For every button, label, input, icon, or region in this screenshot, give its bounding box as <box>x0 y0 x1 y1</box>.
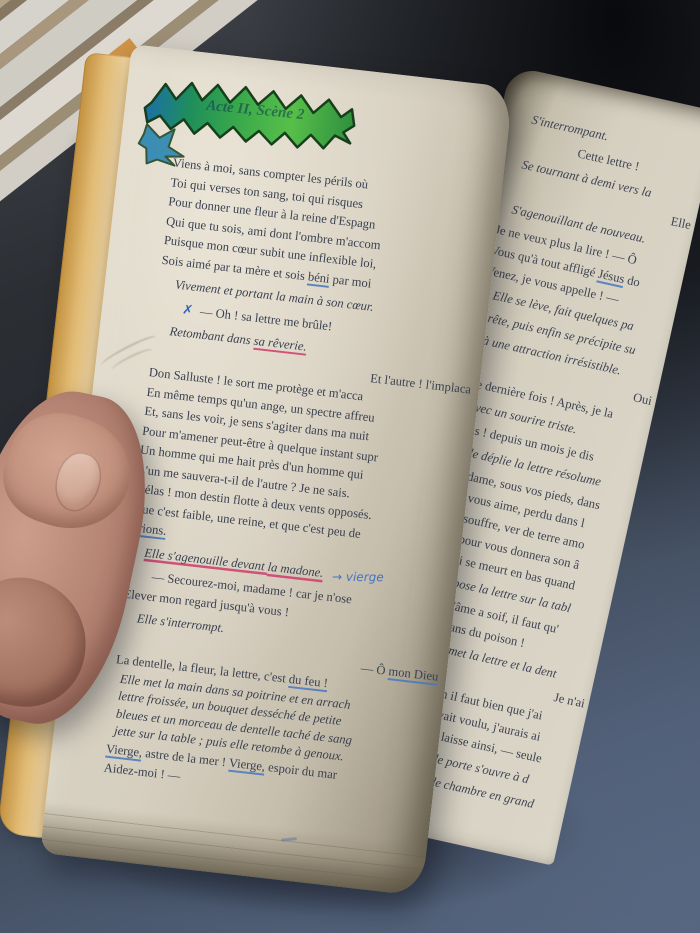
text-segment: do <box>623 272 641 289</box>
text-segment: Retombant dans <box>169 324 255 347</box>
text-segment: béni <box>307 269 330 287</box>
text-segment: par moi <box>329 271 372 290</box>
handwritten-x-mark: ✗ <box>181 302 194 318</box>
text-segment: Je n'ai <box>553 690 587 710</box>
text-segment: — Ô <box>360 660 389 677</box>
text-segment: Oui <box>632 390 653 408</box>
handwritten-note: → vierge <box>332 567 384 587</box>
left-text-block: Viens à moi, sans compter les périls oùT… <box>103 153 494 814</box>
text-segment: Elle s'interrompt. <box>136 611 225 635</box>
book-photo-scene: S'interrompant.Cette lettre !Se tournant… <box>0 0 700 933</box>
text-segment: Elle <box>669 214 692 232</box>
text-segment: Vierge, <box>228 755 266 775</box>
text-segment: sa rêverie. <box>253 334 308 356</box>
hand <box>0 390 134 724</box>
text-segment: Vierge, <box>105 741 143 761</box>
